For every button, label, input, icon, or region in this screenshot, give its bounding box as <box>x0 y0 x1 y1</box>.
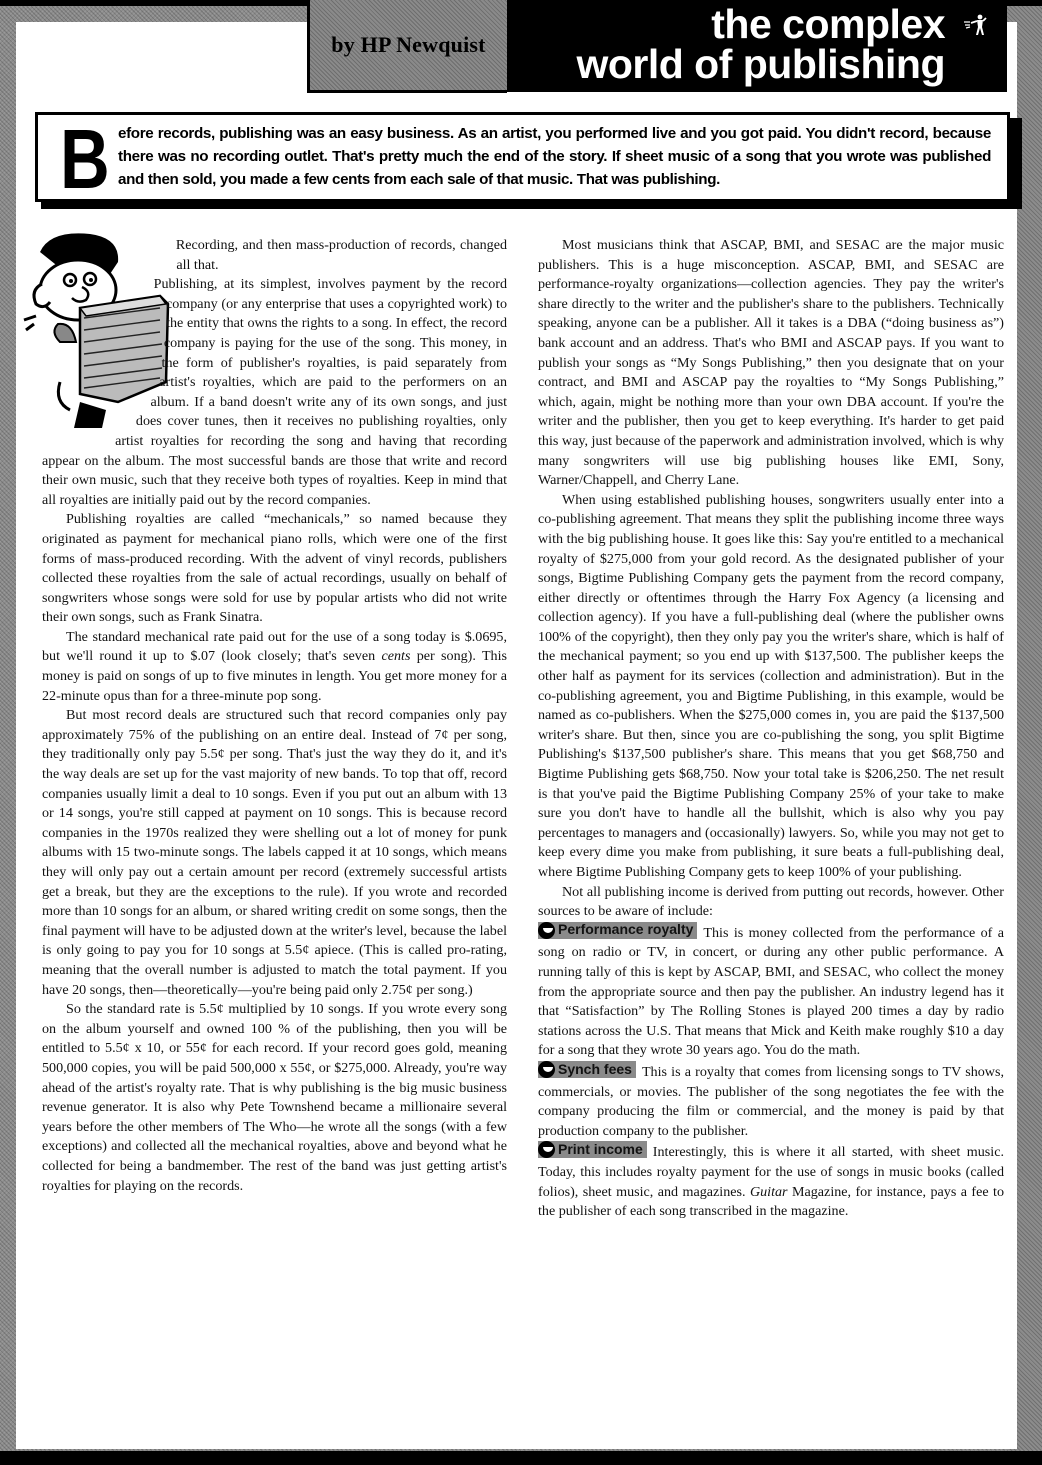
subheading-label: Print income <box>558 1140 643 1160</box>
subheading-badge: Performance royalty <box>538 922 697 939</box>
article-title-line2: world of publishing <box>576 42 945 86</box>
article-title-line1: the complex <box>711 2 945 46</box>
subheading-label: Synch fees <box>558 1060 632 1080</box>
italic-text: Guitar <box>750 1184 788 1200</box>
byline: by HP Newquist <box>331 32 485 58</box>
source-item-print-income: Print incomeInterestingly, this is where… <box>538 1141 1004 1221</box>
paragraph: Most musicians think that ASCAP, BMI, an… <box>538 236 1004 491</box>
bullet-icon <box>538 1141 555 1158</box>
bottom-border <box>0 1451 1042 1465</box>
paragraph: When using established publishing houses… <box>538 491 1004 883</box>
running-figure-icon <box>963 14 989 36</box>
source-item-synch-fees: Synch feesThis is a royalty that comes f… <box>538 1061 1004 1141</box>
magazine-page: by HP Newquist the complex world of publ… <box>0 0 1042 1465</box>
paragraph: So the standard rate is 5.5¢ multiplied … <box>42 1000 507 1196</box>
intro-text: efore records, publishing was an easy bu… <box>118 122 991 191</box>
bullet-icon <box>538 1061 555 1078</box>
italic-text: cents <box>381 648 410 664</box>
right-column: Most musicians think that ASCAP, BMI, an… <box>538 236 1004 1222</box>
bullet-icon <box>538 922 555 939</box>
title-box: the complex world of publishing <box>507 0 1007 92</box>
byline-box: by HP Newquist <box>307 0 507 93</box>
paragraph: But most record deals are structured suc… <box>42 706 507 1000</box>
source-item-performance-royalty: Performance royaltyThis is money collect… <box>538 922 1004 1061</box>
paragraph: Not all publishing income is derived fro… <box>538 883 1004 922</box>
paragraph: Publishing royalties are called “mechani… <box>42 510 507 628</box>
subheading-badge: Synch fees <box>538 1061 636 1078</box>
left-column: Recording, and then mass-production of r… <box>42 236 507 1196</box>
paragraph: The standard mechanical rate paid out fo… <box>42 628 507 706</box>
subheading-label: Performance royalty <box>558 920 693 940</box>
drop-cap: B <box>60 121 110 197</box>
source-text: This is money collected from the perform… <box>538 925 1004 1059</box>
subheading-badge: Print income <box>538 1141 647 1158</box>
intro-box: B efore records, publishing was an easy … <box>35 112 1010 202</box>
